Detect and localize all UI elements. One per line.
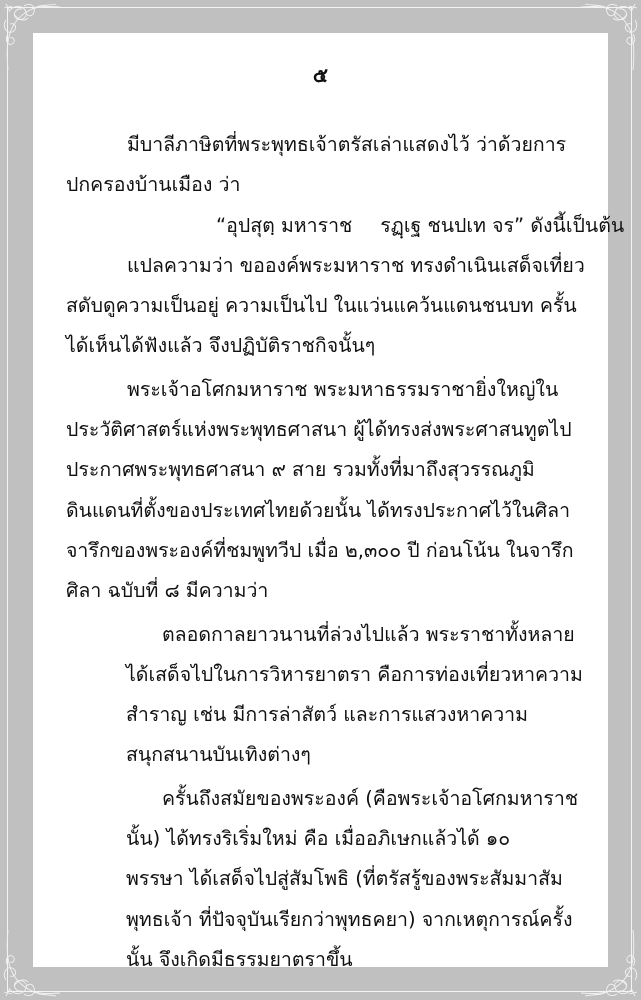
document-page: ๕ มีบาลีภาษิตที่พระพุทธเจ้าตรัสเล่าแสดงไ… — [33, 33, 608, 967]
pali-quote-part-1: “อุปสุตฺ มหาราช — [216, 214, 352, 237]
inscription-paragraph-2: ครั้นถึงสมัยของพระองค์ (คือพระเจ้าอโศกมห… — [126, 779, 516, 980]
text-line: ศิลา ฉบับที่ ๘ มีความว่า — [66, 571, 568, 611]
paragraph-translation: แปลความว่า ขอองค์พระมหาราช ทรงดำเนินเสด็… — [66, 246, 568, 367]
text-line: สดับดูความเป็นอยู่ ความเป็นไป ในแว่นแคว้… — [66, 286, 568, 326]
text-line: สนุกสนานบันเทิงต่างๆ — [126, 735, 516, 775]
text-line: ปกครองบ้านเมือง ว่า — [66, 165, 568, 205]
text-line: พรรษา ได้เสด็จไปสู่สัมโพธิ (ที่ตรัสรู้ขอ… — [126, 859, 516, 899]
text-line: พุทธเจ้า ที่ปัจจุบันเรียกว่าพุทธคยา) จาก… — [126, 900, 516, 940]
text-line: จารึกของพระองค์ที่ชมพูทวีป เมื่อ ๒,๓๐๐ ป… — [66, 531, 568, 571]
text-line: นั้น จึงเกิดมีธรรมยาตราขึ้น — [126, 940, 516, 980]
text-line: ประวัติศาสตร์แห่งพระพุทธศาสนา ผู้ได้ทรงส… — [66, 410, 568, 450]
page-number: ๕ — [33, 59, 608, 91]
pali-quote-part-2: รฏฺเฐ ชนปเท จร” — [380, 214, 524, 237]
paragraph-intro: มีบาลีภาษิตที่พระพุทธเจ้าตรัสเล่าแสดงไว้… — [66, 125, 568, 206]
paragraph-ashoka: พระเจ้าอโศกมหาราช พระมหาธรรมราชายิ่งใหญ่… — [66, 370, 568, 612]
text-line: ประกาศพระพุทธศาสนา ๙ สาย รวมทั้งที่มาถึง… — [66, 450, 568, 490]
text-line: นั้น) ได้ทรงริเริ่มใหม่ คือ เมื่ออภิเษกแ… — [126, 819, 516, 859]
inscription-paragraph-1: ตลอดกาลยาวนานที่ล่วงไปแล้ว พระราชาทั้งหล… — [126, 615, 516, 776]
document-body: มีบาลีภาษิตที่พระพุทธเจ้าตรัสเล่าแสดงไว้… — [66, 125, 568, 980]
text-line: แปลความว่า ขอองค์พระมหาราช ทรงดำเนินเสด็… — [66, 246, 568, 286]
text-line: ครั้นถึงสมัยของพระองค์ (คือพระเจ้าอโศกมห… — [126, 779, 516, 819]
text-line: ได้เสด็จไปในการวิหารยาตรา คือการท่องเที่… — [126, 655, 516, 695]
text-line: มีบาลีภาษิตที่พระพุทธเจ้าตรัสเล่าแสดงไว้… — [66, 125, 568, 165]
inscription-block-quote: ตลอดกาลยาวนานที่ล่วงไปแล้ว พระราชาทั้งหล… — [126, 615, 516, 981]
text-line: ตลอดกาลยาวนานที่ล่วงไปแล้ว พระราชาทั้งหล… — [126, 615, 516, 655]
pali-quote-suffix: ดังนี้เป็นต้น — [524, 214, 624, 237]
text-line: พระเจ้าอโศกมหาราช พระมหาธรรมราชายิ่งใหญ่… — [66, 370, 568, 410]
pali-quote: “อุปสุตฺ มหาราชรฏฺเฐ ชนปเท จร” ดังนี้เป็… — [66, 206, 568, 246]
text-line: ดินแดนที่ตั้งของประเทศไทยด้วยนั้น ได้ทรง… — [66, 491, 568, 531]
text-line: สำราญ เช่น มีการล่าสัตว์ และการแสวงหาควา… — [126, 695, 516, 735]
text-line: ได้เห็นได้ฟังแล้ว จึงปฏิบัติราชกิจนั้นๆ — [66, 326, 568, 366]
pali-quote-line: “อุปสุตฺ มหาราชรฏฺเฐ ชนปเท จร” ดังนี้เป็… — [66, 206, 568, 246]
